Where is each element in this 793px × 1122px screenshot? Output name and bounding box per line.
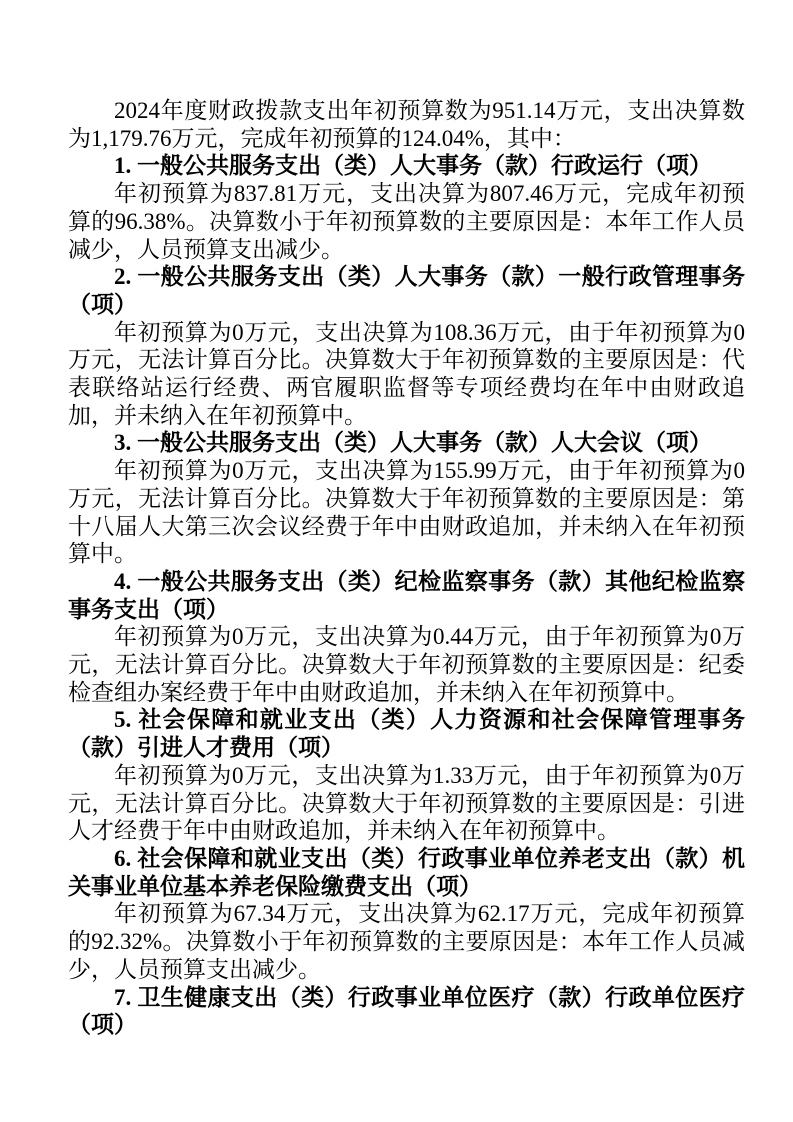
section-body-6: 年初预算为67.34万元，支出决算为62.17万元，完成年初预算的92.32%。… bbox=[68, 900, 745, 983]
sections: 1. 一般公共服务支出（类）人大事务（款）行政运行（项）年初预算为837.81万… bbox=[68, 152, 745, 1039]
section-heading-7: 7. 卫生健康支出（类）行政事业单位医疗（款）行政单位医疗（项） bbox=[68, 984, 745, 1039]
section-heading-5: 5. 社会保障和就业支出（类）人力资源和社会保障管理事务（款）引进人才费用（项） bbox=[68, 706, 745, 761]
section-body-5: 年初预算为0万元，支出决算为1.33万元，由于年初预算为0万元，无法计算百分比。… bbox=[68, 762, 745, 845]
section-body-3: 年初预算为0万元，支出决算为155.99万元，由于年初预算为0万元，无法计算百分… bbox=[68, 457, 745, 568]
section-body-1: 年初预算为837.81万元，支出决算为807.46万元，完成年初预算的96.38… bbox=[68, 180, 745, 263]
section-heading-6: 6. 社会保障和就业支出（类）行政事业单位养老支出（款）机关事业单位基本养老保险… bbox=[68, 845, 745, 900]
section-body-4: 年初预算为0万元，支出决算为0.44万元，由于年初预算为0万元，无法计算百分比。… bbox=[68, 623, 745, 706]
section-heading-1: 1. 一般公共服务支出（类）人大事务（款）行政运行（项） bbox=[68, 152, 745, 180]
intro-paragraph: 2024年度财政拨款支出年初预算数为951.14万元，支出决算数为1,179.7… bbox=[68, 97, 745, 152]
document-page: 2024年度财政拨款支出年初预算数为951.14万元，支出决算数为1,179.7… bbox=[0, 0, 793, 1122]
section-heading-3: 3. 一般公共服务支出（类）人大事务（款）人大会议（项） bbox=[68, 429, 745, 457]
section-heading-2: 2. 一般公共服务支出（类）人大事务（款）一般行政管理事务（项） bbox=[68, 263, 745, 318]
section-heading-4: 4. 一般公共服务支出（类）纪检监察事务（款）其他纪检监察事务支出（项） bbox=[68, 568, 745, 623]
section-body-2: 年初预算为0万元，支出决算为108.36万元，由于年初预算为0万元，无法计算百分… bbox=[68, 319, 745, 430]
